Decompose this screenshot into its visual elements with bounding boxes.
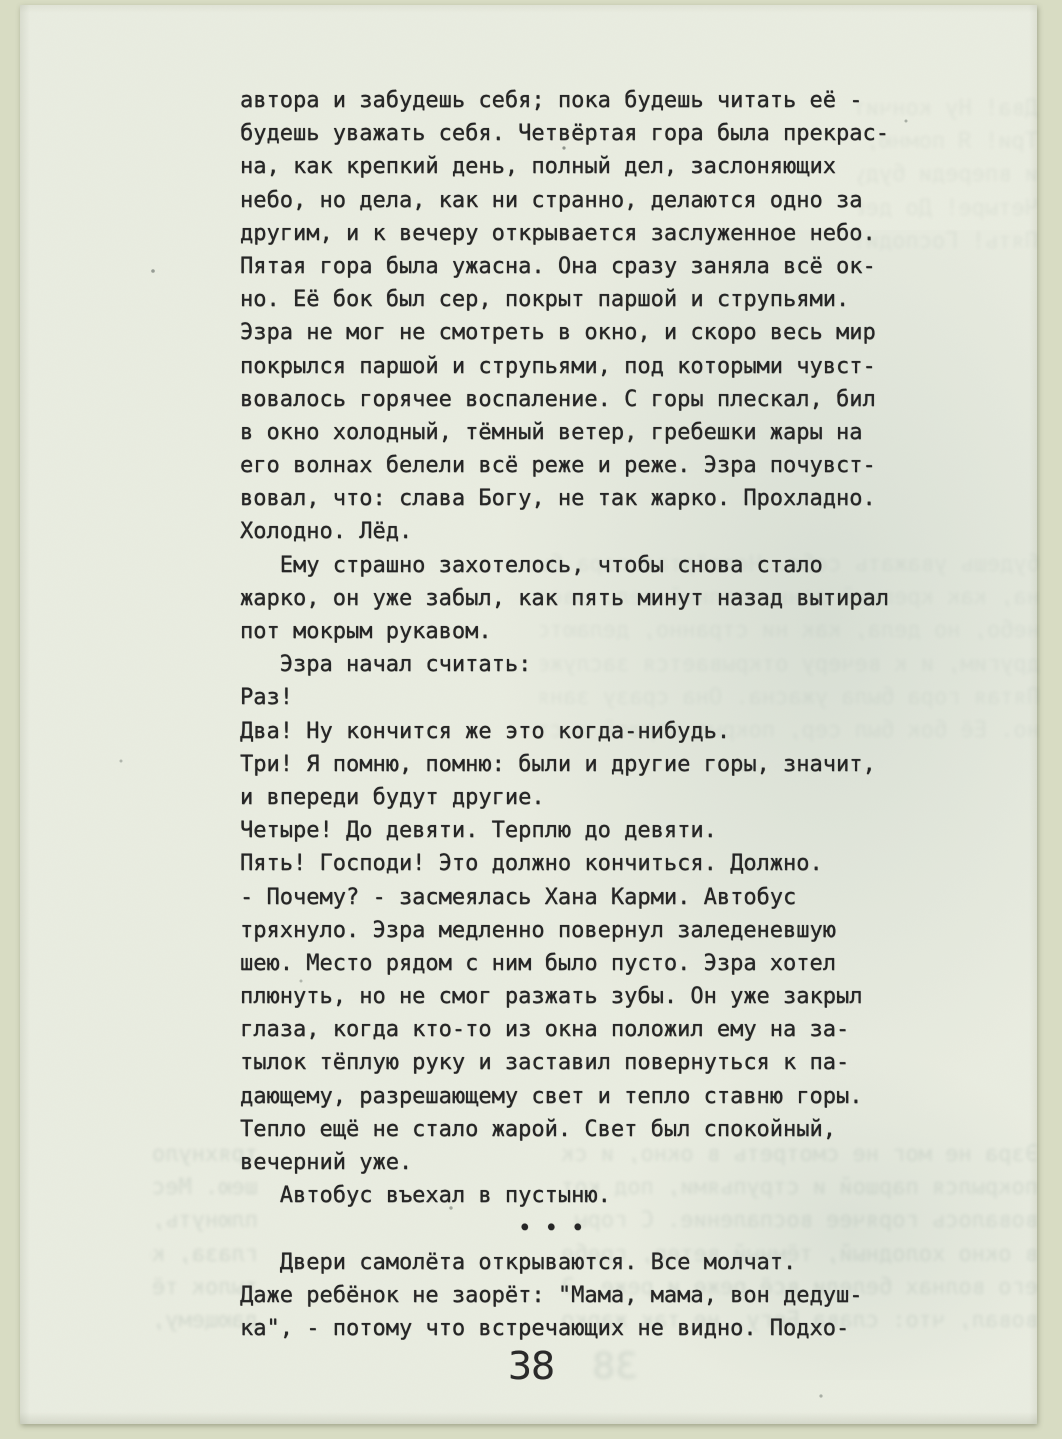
text-line: Раз!	[240, 681, 889, 714]
text-line: пот мокрым рукавом.	[240, 615, 889, 648]
text-line: вечерний уже.	[240, 1146, 889, 1179]
text-line: вовал, что: слава Богу, не так жарко. Пр…	[240, 482, 889, 515]
text-line: • • •	[240, 1212, 889, 1245]
text-line: Двери самолёта открываются. Все молчат.	[240, 1246, 889, 1279]
text-line: на, как крепкий день, полный дел, заслон…	[240, 150, 889, 183]
text-line: шею. Место рядом с ним было пусто. Эзра …	[240, 947, 889, 980]
text-line: Тепло ещё не стало жарой. Свет был споко…	[240, 1113, 889, 1146]
text-line: плюнуть, но не смог разжать зубы. Он уже…	[240, 980, 889, 1013]
paper-specks	[0, 0, 2, 2]
text-line: тряхнуло. Эзра медленно повернул заледен…	[240, 914, 889, 947]
text-line: Даже ребёнок не заорёт: "Мама, мама, вон…	[240, 1279, 889, 1312]
text-line: ка", - потому что встречающих не видно. …	[240, 1312, 889, 1345]
text-line: Три! Я помню, помню: были и другие горы,…	[240, 748, 889, 781]
text-line: Эзра не мог не смотреть в окно, и скоро …	[240, 316, 889, 349]
text-line: в окно холодный, тёмный ветер, гребешки …	[240, 416, 889, 449]
text-line: тылок тёплую руку и заставил повернуться…	[240, 1046, 889, 1079]
scanned-page: будешь уважать себя. Четвёртая гора была…	[0, 0, 1062, 1439]
text-line: автора и забудешь себя; пока будешь чита…	[240, 84, 889, 117]
text-line: Четыре! До девяти. Терплю до девяти.	[240, 814, 889, 847]
text-line: другим, и к вечеру открывается заслуженн…	[240, 217, 889, 250]
text-line: вовалось горячее воспаление. С горы плес…	[240, 383, 889, 416]
text-line: Холодно. Лёд.	[240, 515, 889, 548]
page-number: 38	[0, 1344, 1062, 1388]
text-line: и впереди будут другие.	[240, 781, 889, 814]
text-line: Два! Ну кончится же это когда-нибудь.	[240, 715, 889, 748]
text-line: Эзра начал считать:	[240, 648, 889, 681]
text-line: небо, но дела, как ни странно, делаются …	[240, 184, 889, 217]
text-line: Пять! Господи! Это должно кончиться. Дол…	[240, 847, 889, 880]
text-line: будешь уважать себя. Четвёртая гора была…	[240, 117, 889, 150]
text-line: покрылся паршой и струпьями, под которым…	[240, 350, 889, 383]
text-line: жарко, он уже забыл, как пять минут наза…	[240, 582, 889, 615]
page-text: автора и забудешь себя; пока будешь чита…	[240, 84, 889, 1345]
text-line: Ему страшно захотелось, чтобы снова стал…	[240, 549, 889, 582]
text-line: дающему, разрешающему свет и тепло ставн…	[240, 1080, 889, 1113]
text-line: его волнах белели всё реже и реже. Эзра …	[240, 449, 889, 482]
text-line: Автобус въехал в пустыню.	[240, 1179, 889, 1212]
text-line: Пятая гора была ужасна. Она сразу заняла…	[240, 250, 889, 283]
text-line: глаза, когда кто-то из окна положил ему …	[240, 1013, 889, 1046]
text-line: - Почему? - засмеялась Хана Карми. Автоб…	[240, 881, 889, 914]
text-line: но. Её бок был сер, покрыт паршой и стру…	[240, 283, 889, 316]
